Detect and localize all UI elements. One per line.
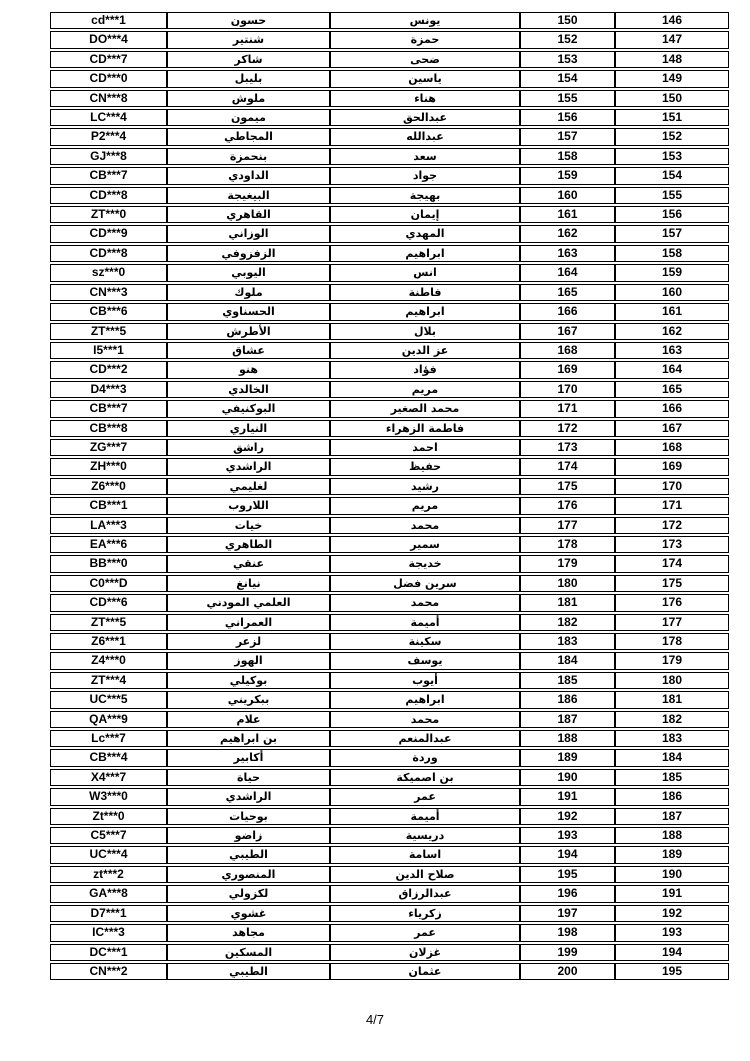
cell-first-name: مريم <box>330 497 520 514</box>
cell-family-name: الراشدي <box>167 458 330 475</box>
cell-serial-number: 193 <box>615 924 729 941</box>
cell-family-name: الداودي <box>167 167 330 184</box>
table-row: CB***4أكابيروردة189184 <box>50 749 729 766</box>
cell-masked-id-code: Zt***0 <box>50 808 167 825</box>
cell-first-name: محمد <box>330 517 520 534</box>
cell-masked-id-code: CB***8 <box>50 420 167 437</box>
cell-exam-number: 155 <box>520 90 615 107</box>
cell-first-name: جواد <box>330 167 520 184</box>
cell-first-name: بلال <box>330 323 520 340</box>
cell-serial-number: 148 <box>615 51 729 68</box>
cell-exam-number: 198 <box>520 924 615 941</box>
cell-first-name: سكينة <box>330 633 520 650</box>
cell-masked-id-code: DO***4 <box>50 31 167 48</box>
cell-serial-number: 153 <box>615 148 729 165</box>
cell-masked-id-code: P2***4 <box>50 128 167 145</box>
cell-exam-number: 159 <box>520 167 615 184</box>
table-row: CB***1اللاروبمريم176171 <box>50 497 729 514</box>
cell-first-name: بهيجة <box>330 187 520 204</box>
table-row: ZT***0القاهريإيمان161156 <box>50 206 729 223</box>
cell-first-name: ابراهيم <box>330 691 520 708</box>
table-row: CB***7البوكنيفيمحمد الصغير171166 <box>50 400 729 417</box>
cell-serial-number: 189 <box>615 846 729 863</box>
cell-serial-number: 152 <box>615 128 729 145</box>
cell-serial-number: 175 <box>615 575 729 592</box>
cell-masked-id-code: ZG***7 <box>50 439 167 456</box>
cell-family-name: زاضو <box>167 827 330 844</box>
cell-serial-number: 154 <box>615 167 729 184</box>
cell-exam-number: 169 <box>520 361 615 378</box>
cell-masked-id-code: CD***6 <box>50 594 167 611</box>
cell-serial-number: 165 <box>615 381 729 398</box>
cell-exam-number: 166 <box>520 303 615 320</box>
cell-serial-number: 182 <box>615 711 729 728</box>
cell-exam-number: 175 <box>520 478 615 495</box>
cell-masked-id-code: Z4***0 <box>50 652 167 669</box>
table-row: LC***4ميمونعبدالحق156151 <box>50 109 729 126</box>
table-row: zt***2المنصوريصلاح الدين195190 <box>50 866 729 883</box>
cell-masked-id-code: ZT***5 <box>50 614 167 631</box>
cell-family-name: اليوبي <box>167 264 330 281</box>
table-row: UC***5ببكرينيابراهيم186181 <box>50 691 729 708</box>
cell-family-name: بوحيات <box>167 808 330 825</box>
cell-serial-number: 188 <box>615 827 729 844</box>
cell-exam-number: 179 <box>520 555 615 572</box>
cell-masked-id-code: cd***1 <box>50 12 167 29</box>
cell-exam-number: 156 <box>520 109 615 126</box>
cell-family-name: ميمون <box>167 109 330 126</box>
cell-masked-id-code: sz***0 <box>50 264 167 281</box>
cell-masked-id-code: IC***3 <box>50 924 167 941</box>
cell-family-name: علام <box>167 711 330 728</box>
table-row: D7***1غشويزكرياء197192 <box>50 905 729 922</box>
cell-first-name: بن اصميكة <box>330 769 520 786</box>
cell-serial-number: 177 <box>615 614 729 631</box>
cell-serial-number: 166 <box>615 400 729 417</box>
cell-family-name: الأطرش <box>167 323 330 340</box>
cell-first-name: يونس <box>330 12 520 29</box>
cell-masked-id-code: X4***7 <box>50 769 167 786</box>
cell-first-name: حمزة <box>330 31 520 48</box>
cell-masked-id-code: CD***9 <box>50 225 167 242</box>
cell-family-name: لكزولي <box>167 885 330 902</box>
table-row: Lc***7بن ابراهيمعبدالمنعم188183 <box>50 730 729 747</box>
cell-serial-number: 186 <box>615 788 729 805</box>
cell-first-name: أميمة <box>330 808 520 825</box>
cell-first-name: سعد <box>330 148 520 165</box>
table-row: LA***3خياتمحمد177172 <box>50 517 729 534</box>
table-row: W3***0الراشديعمر191186 <box>50 788 729 805</box>
cell-exam-number: 174 <box>520 458 615 475</box>
cell-family-name: مجاهد <box>167 924 330 941</box>
cell-first-name: دريسية <box>330 827 520 844</box>
cell-exam-number: 163 <box>520 245 615 262</box>
cell-family-name: شنتير <box>167 31 330 48</box>
cell-masked-id-code: CD***0 <box>50 70 167 87</box>
cell-family-name: الزفزوفي <box>167 245 330 262</box>
cell-serial-number: 180 <box>615 672 729 689</box>
cell-serial-number: 169 <box>615 458 729 475</box>
cell-exam-number: 180 <box>520 575 615 592</box>
cell-serial-number: 185 <box>615 769 729 786</box>
cell-exam-number: 171 <box>520 400 615 417</box>
cell-exam-number: 165 <box>520 284 615 301</box>
cell-first-name: سرين فضل <box>330 575 520 592</box>
cell-serial-number: 158 <box>615 245 729 262</box>
cell-serial-number: 194 <box>615 944 729 961</box>
cell-exam-number: 195 <box>520 866 615 883</box>
cell-exam-number: 188 <box>520 730 615 747</box>
cell-serial-number: 157 <box>615 225 729 242</box>
cell-masked-id-code: ZT***0 <box>50 206 167 223</box>
cell-serial-number: 168 <box>615 439 729 456</box>
cell-exam-number: 154 <box>520 70 615 87</box>
cell-exam-number: 191 <box>520 788 615 805</box>
table-row: CB***8النياريفاطمة الزهراء172167 <box>50 420 729 437</box>
cell-masked-id-code: D7***1 <box>50 905 167 922</box>
cell-exam-number: 189 <box>520 749 615 766</box>
cell-family-name: نيانغ <box>167 575 330 592</box>
cell-masked-id-code: CB***7 <box>50 400 167 417</box>
cell-exam-number: 177 <box>520 517 615 534</box>
table-row: ZT***5العمرانيأميمة182177 <box>50 614 729 631</box>
cell-first-name: صلاح الدين <box>330 866 520 883</box>
cell-family-name: شاكر <box>167 51 330 68</box>
cell-masked-id-code: LA***3 <box>50 517 167 534</box>
cell-first-name: إيمان <box>330 206 520 223</box>
cell-family-name: الطيبي <box>167 846 330 863</box>
cell-masked-id-code: GJ***8 <box>50 148 167 165</box>
cell-first-name: عز الدين <box>330 342 520 359</box>
cell-family-name: أكابير <box>167 749 330 766</box>
cell-serial-number: 181 <box>615 691 729 708</box>
table-row: sz***0اليوبيانس164159 <box>50 264 729 281</box>
cell-serial-number: 173 <box>615 536 729 553</box>
cell-masked-id-code: ZH***0 <box>50 458 167 475</box>
cell-family-name: هنو <box>167 361 330 378</box>
cell-first-name: احمد <box>330 439 520 456</box>
table-row: ZH***0الراشديحفيظ174169 <box>50 458 729 475</box>
cell-family-name: اللاروب <box>167 497 330 514</box>
cell-family-name: لغليمي <box>167 478 330 495</box>
cell-family-name: العلمي المودني <box>167 594 330 611</box>
cell-masked-id-code: ZT***4 <box>50 672 167 689</box>
cell-exam-number: 178 <box>520 536 615 553</box>
cell-masked-id-code: CD***2 <box>50 361 167 378</box>
cell-masked-id-code: I5***1 <box>50 342 167 359</box>
table-row: P2***4المجاطيعبدالله157152 <box>50 128 729 145</box>
cell-serial-number: 176 <box>615 594 729 611</box>
cell-first-name: محمد الصغير <box>330 400 520 417</box>
cell-family-name: خيات <box>167 517 330 534</box>
cell-serial-number: 146 <box>615 12 729 29</box>
cell-serial-number: 147 <box>615 31 729 48</box>
cell-exam-number: 150 <box>520 12 615 29</box>
table-row: EA***6الطاهريسمير178173 <box>50 536 729 553</box>
cell-serial-number: 170 <box>615 478 729 495</box>
cell-exam-number: 185 <box>520 672 615 689</box>
cell-first-name: محمد <box>330 711 520 728</box>
cell-serial-number: 172 <box>615 517 729 534</box>
cell-family-name: المنصوري <box>167 866 330 883</box>
cell-serial-number: 184 <box>615 749 729 766</box>
table-row: GA***8لكزوليعبدالرزاق196191 <box>50 885 729 902</box>
cell-serial-number: 178 <box>615 633 729 650</box>
table-row: C0***Dنيانغسرين فضل180175 <box>50 575 729 592</box>
cell-first-name: فاطنة <box>330 284 520 301</box>
cell-first-name: فؤاد <box>330 361 520 378</box>
table-row: UC***4الطيبياسامة194189 <box>50 846 729 863</box>
cell-exam-number: 167 <box>520 323 615 340</box>
cell-exam-number: 172 <box>520 420 615 437</box>
cell-first-name: اسامة <box>330 846 520 863</box>
cell-family-name: حياة <box>167 769 330 786</box>
cell-exam-number: 194 <box>520 846 615 863</box>
cell-family-name: الوزاني <box>167 225 330 242</box>
cell-first-name: ضحى <box>330 51 520 68</box>
cell-family-name: القاهري <box>167 206 330 223</box>
cell-family-name: العمراني <box>167 614 330 631</box>
cell-masked-id-code: CB***6 <box>50 303 167 320</box>
cell-family-name: الراشدي <box>167 788 330 805</box>
cell-serial-number: 156 <box>615 206 729 223</box>
cell-masked-id-code: GA***8 <box>50 885 167 902</box>
cell-exam-number: 157 <box>520 128 615 145</box>
cell-family-name: الخالدي <box>167 381 330 398</box>
table-row: Z6***0لغليميرشيد175170 <box>50 478 729 495</box>
cell-family-name: بليبل <box>167 70 330 87</box>
cell-family-name: ببكريني <box>167 691 330 708</box>
cell-masked-id-code: CB***7 <box>50 167 167 184</box>
cell-exam-number: 160 <box>520 187 615 204</box>
cell-exam-number: 183 <box>520 633 615 650</box>
cell-masked-id-code: Lc***7 <box>50 730 167 747</box>
cell-serial-number: 151 <box>615 109 729 126</box>
cell-serial-number: 187 <box>615 808 729 825</box>
cell-exam-number: 170 <box>520 381 615 398</box>
cell-first-name: حفيظ <box>330 458 520 475</box>
table-row: Z4***0الهوزيوسف184179 <box>50 652 729 669</box>
cell-family-name: الحسناوي <box>167 303 330 320</box>
cell-first-name: غزلان <box>330 944 520 961</box>
cell-first-name: المهدي <box>330 225 520 242</box>
table-row: GJ***8بنحمزةسعد158153 <box>50 148 729 165</box>
cell-exam-number: 197 <box>520 905 615 922</box>
cell-family-name: الهوز <box>167 652 330 669</box>
cell-family-name: حسون <box>167 12 330 29</box>
cell-exam-number: 184 <box>520 652 615 669</box>
cell-family-name: المسكين <box>167 944 330 961</box>
cell-masked-id-code: CN***2 <box>50 963 167 980</box>
cell-serial-number: 159 <box>615 264 729 281</box>
cell-masked-id-code: W3***0 <box>50 788 167 805</box>
cell-family-name: بنحمزة <box>167 148 330 165</box>
cell-exam-number: 187 <box>520 711 615 728</box>
cell-first-name: أميمة <box>330 614 520 631</box>
table-row: Zt***0بوحياتأميمة192187 <box>50 808 729 825</box>
cell-exam-number: 161 <box>520 206 615 223</box>
cell-family-name: بوكيلي <box>167 672 330 689</box>
cell-masked-id-code: BB***0 <box>50 555 167 572</box>
cell-exam-number: 196 <box>520 885 615 902</box>
cell-exam-number: 200 <box>520 963 615 980</box>
cell-first-name: عبدالمنعم <box>330 730 520 747</box>
table-row: D4***3الخالديمريم170165 <box>50 381 729 398</box>
cell-masked-id-code: Z6***0 <box>50 478 167 495</box>
table-row: IC***3مجاهدعمر198193 <box>50 924 729 941</box>
cell-serial-number: 167 <box>615 420 729 437</box>
cell-exam-number: 190 <box>520 769 615 786</box>
cell-first-name: عبدالله <box>330 128 520 145</box>
cell-masked-id-code: QA***9 <box>50 711 167 728</box>
cell-serial-number: 179 <box>615 652 729 669</box>
cell-masked-id-code: DC***1 <box>50 944 167 961</box>
cell-first-name: عبدالحق <box>330 109 520 126</box>
cell-masked-id-code: CB***4 <box>50 749 167 766</box>
cell-exam-number: 158 <box>520 148 615 165</box>
table-row: CN***2الطيبيعثمان200195 <box>50 963 729 980</box>
cell-masked-id-code: EA***6 <box>50 536 167 553</box>
cell-first-name: وردة <box>330 749 520 766</box>
table-row: ZT***4بوكيليأيوب185180 <box>50 672 729 689</box>
cell-serial-number: 150 <box>615 90 729 107</box>
cell-serial-number: 183 <box>615 730 729 747</box>
cell-first-name: ابراهيم <box>330 303 520 320</box>
cell-serial-number: 162 <box>615 323 729 340</box>
cell-exam-number: 173 <box>520 439 615 456</box>
table-row: CD***0بليبلياسين154149 <box>50 70 729 87</box>
cell-exam-number: 162 <box>520 225 615 242</box>
cell-masked-id-code: C0***D <box>50 575 167 592</box>
cell-first-name: عبدالرزاق <box>330 885 520 902</box>
cell-first-name: عثمان <box>330 963 520 980</box>
cell-serial-number: 164 <box>615 361 729 378</box>
cell-family-name: المجاطي <box>167 128 330 145</box>
cell-exam-number: 153 <box>520 51 615 68</box>
cell-first-name: هناء <box>330 90 520 107</box>
table-body: cd***1حسونيونس150146DO***4شنتيرحمزة15214… <box>50 12 729 980</box>
table-row: Z6***1لزعرسكينة183178 <box>50 633 729 650</box>
table-row: cd***1حسونيونس150146 <box>50 12 729 29</box>
cell-serial-number: 171 <box>615 497 729 514</box>
cell-exam-number: 176 <box>520 497 615 514</box>
cell-family-name: النياري <box>167 420 330 437</box>
table-row: BB***0عنقيخديجة179174 <box>50 555 729 572</box>
cell-exam-number: 181 <box>520 594 615 611</box>
cell-serial-number: 191 <box>615 885 729 902</box>
table-row: CN***3ملوكفاطنة165160 <box>50 284 729 301</box>
cell-first-name: زكرياء <box>330 905 520 922</box>
table-row: CN***8ملوشهناء155150 <box>50 90 729 107</box>
cell-first-name: عمر <box>330 924 520 941</box>
table-row: CB***7الداوديجواد159154 <box>50 167 729 184</box>
cell-masked-id-code: LC***4 <box>50 109 167 126</box>
cell-masked-id-code: ZT***5 <box>50 323 167 340</box>
cell-masked-id-code: Z6***1 <box>50 633 167 650</box>
cell-masked-id-code: CN***3 <box>50 284 167 301</box>
cell-masked-id-code: CN***8 <box>50 90 167 107</box>
table-row: CD***2هنوفؤاد169164 <box>50 361 729 378</box>
cell-family-name: بن ابراهيم <box>167 730 330 747</box>
cell-family-name: ملوش <box>167 90 330 107</box>
cell-serial-number: 155 <box>615 187 729 204</box>
table-row: DO***4شنتيرحمزة152147 <box>50 31 729 48</box>
cell-exam-number: 182 <box>520 614 615 631</box>
cell-first-name: فاطمة الزهراء <box>330 420 520 437</box>
cell-first-name: ابراهيم <box>330 245 520 262</box>
cell-masked-id-code: C5***7 <box>50 827 167 844</box>
table-row: CD***7شاكرضحى153148 <box>50 51 729 68</box>
cell-first-name: أيوب <box>330 672 520 689</box>
cell-exam-number: 186 <box>520 691 615 708</box>
cell-masked-id-code: zt***2 <box>50 866 167 883</box>
cell-serial-number: 190 <box>615 866 729 883</box>
cell-masked-id-code: CD***7 <box>50 51 167 68</box>
cell-family-name: البيغيجة <box>167 187 330 204</box>
cell-family-name: الطاهري <box>167 536 330 553</box>
table-row: CD***8الزفزوفيابراهيم163158 <box>50 245 729 262</box>
cell-serial-number: 160 <box>615 284 729 301</box>
cell-family-name: لزعر <box>167 633 330 650</box>
page-number-indicator: 4/7 <box>0 1012 750 1027</box>
cell-family-name: غشوي <box>167 905 330 922</box>
table-row: CB***6الحسناويابراهيم166161 <box>50 303 729 320</box>
cell-first-name: محمد <box>330 594 520 611</box>
table-row: I5***1عشاقعز الدين168163 <box>50 342 729 359</box>
cell-family-name: الطيبي <box>167 963 330 980</box>
document-page: cd***1حسونيونس150146DO***4شنتيرحمزة15214… <box>0 0 750 1061</box>
cell-serial-number: 174 <box>615 555 729 572</box>
cell-exam-number: 152 <box>520 31 615 48</box>
cell-masked-id-code: CD***8 <box>50 187 167 204</box>
cell-masked-id-code: CB***1 <box>50 497 167 514</box>
table-row: CD***8البيغيجةبهيجة160155 <box>50 187 729 204</box>
cell-exam-number: 164 <box>520 264 615 281</box>
cell-first-name: رشيد <box>330 478 520 495</box>
cell-masked-id-code: UC***5 <box>50 691 167 708</box>
cell-first-name: ياسين <box>330 70 520 87</box>
cell-first-name: سمير <box>330 536 520 553</box>
cell-masked-id-code: UC***4 <box>50 846 167 863</box>
cell-first-name: مريم <box>330 381 520 398</box>
cell-exam-number: 192 <box>520 808 615 825</box>
cell-first-name: خديجة <box>330 555 520 572</box>
cell-masked-id-code: D4***3 <box>50 381 167 398</box>
table-row: ZT***5الأطرشبلال167162 <box>50 323 729 340</box>
cell-family-name: ملوك <box>167 284 330 301</box>
table-row: X4***7حياةبن اصميكة190185 <box>50 769 729 786</box>
table-row: QA***9علاممحمد187182 <box>50 711 729 728</box>
cell-family-name: البوكنيفي <box>167 400 330 417</box>
cell-masked-id-code: CD***8 <box>50 245 167 262</box>
cell-first-name: عمر <box>330 788 520 805</box>
cell-exam-number: 168 <box>520 342 615 359</box>
cell-first-name: يوسف <box>330 652 520 669</box>
results-table: cd***1حسونيونس150146DO***4شنتيرحمزة15214… <box>50 10 729 982</box>
cell-family-name: عشاق <box>167 342 330 359</box>
cell-exam-number: 193 <box>520 827 615 844</box>
table-row: C5***7زاضودريسية193188 <box>50 827 729 844</box>
cell-family-name: راشق <box>167 439 330 456</box>
cell-family-name: عنقي <box>167 555 330 572</box>
cell-first-name: انس <box>330 264 520 281</box>
cell-serial-number: 161 <box>615 303 729 320</box>
cell-serial-number: 192 <box>615 905 729 922</box>
cell-serial-number: 195 <box>615 963 729 980</box>
table-row: ZG***7راشقاحمد173168 <box>50 439 729 456</box>
table-row: CD***9الوزانيالمهدي162157 <box>50 225 729 242</box>
cell-exam-number: 199 <box>520 944 615 961</box>
